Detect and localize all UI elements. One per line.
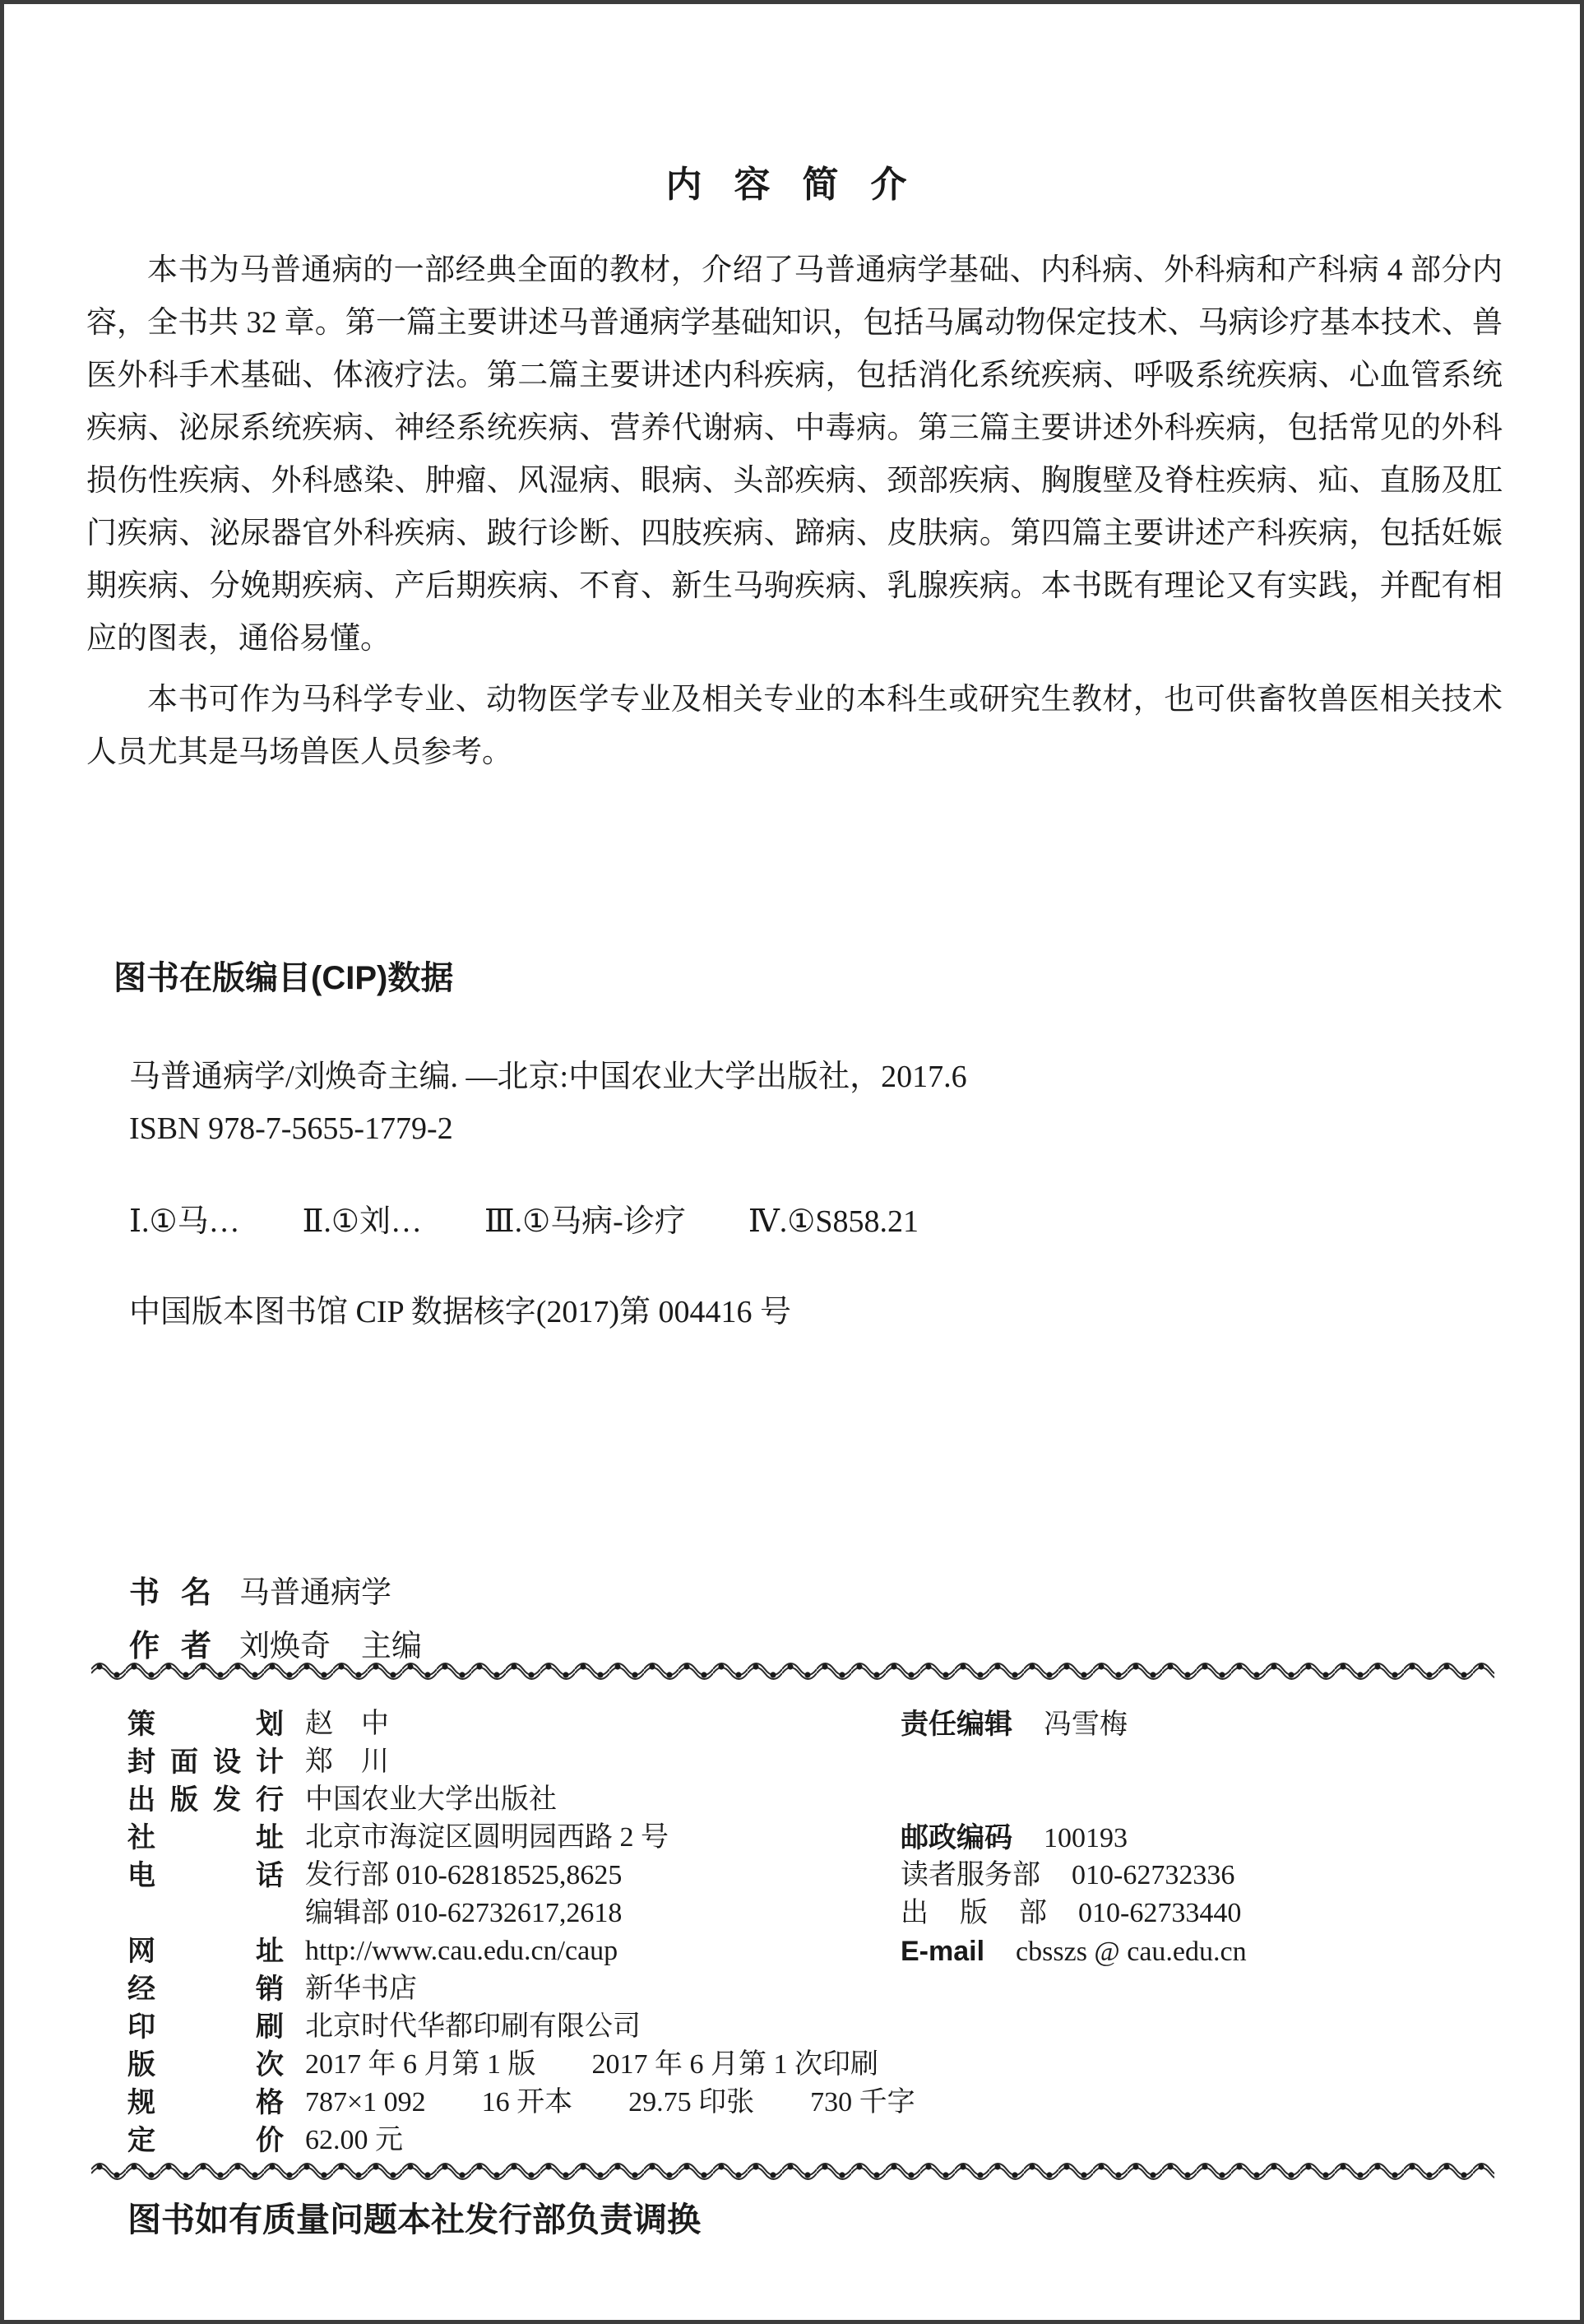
colophon-label: 策划 [127,1705,284,1743]
colophon-row-format: 规格787×1 092 16 开本 29.75 印张 730 千字 [127,2084,1502,2122]
colophon-value: 编辑部 010-62732617,2618 [305,1898,622,1928]
colophon-value: 赵 中 [305,1709,389,1739]
colophon-label: 出版发行 [127,1781,284,1819]
colophon-right-value: 100193 [1044,1823,1128,1853]
cip-classification-line: Ⅰ.①马… Ⅱ.①刘… Ⅲ.①马病-诊疗 Ⅳ.①S858.21 [129,1195,919,1241]
colophon-row-cover-design: 封面设计郑 川 [127,1743,1502,1781]
colophon-row-editorial-dept: 编辑部 010-62732617,2618 出版部010-62733440 [127,1895,1502,1932]
colophon-right-label: 读者服务部 [901,1860,1040,1890]
copyright-page: 内 容 简 介 本书为马普通病的一部经典全面的教材，介绍了马普通病学基础、内科病… [0,0,1584,2324]
colophon-right-value: 010-62732336 [1072,1860,1234,1890]
colophon-value: 62.00 元 [305,2125,403,2155]
colophon-label: 电话 [127,1857,284,1895]
intro-text: 本书为马普通病的一部经典全面的教材，介绍了马普通病学基础、内科病、外科病和产科病… [86,244,1503,779]
colophon-right-value: 冯雪梅 [1044,1709,1128,1740]
colophon-label: 定价 [127,2122,284,2159]
isbn-line: ISBN 978-7-5655-1779-2 [129,1111,453,1147]
colophon-value: 新华书店 [305,1974,417,2004]
quality-notice: 图书如有质量问题本社发行部负责调换 [127,2192,701,2241]
colophon-value: 787×1 092 16 开本 29.75 印张 730 千字 [305,2087,915,2118]
colophon-value: http://www.cau.edu.cn/caup [305,1936,618,1966]
colophon-label: 版次 [127,2046,284,2084]
book-title-value: 马普通病学 [239,1576,391,1610]
colophon-label: 封面设计 [127,1743,284,1781]
intro-paragraph-2: 本书可作为马科学专业、动物医学专业及相关专业的本科生或研究生教材，也可供畜牧兽医… [86,674,1503,779]
book-author-label: 作者 [129,1621,211,1665]
colophon: 策划赵 中 责任编辑冯雪梅 封面设计郑 川 出版发行中国农业大学出版社 社址北京… [127,1705,1502,2159]
colophon-row-price: 定价62.00 元 [127,2122,1502,2159]
colophon-row-phone: 电话发行部 010-62818525,8625 读者服务部010-6273233… [127,1857,1502,1895]
colophon-row-publisher: 出版发行中国农业大学出版社 [127,1781,1502,1819]
colophon-right-label: 出版部 [901,1895,1047,1932]
book-author-value: 刘焕奇 主编 [239,1630,422,1663]
cip-bibliographic-line: 马普通病学/刘焕奇主编. —北京:中国农业大学出版社，2017.6 [129,1051,967,1096]
colophon-right-value: 010-62733440 [1078,1898,1241,1928]
book-title-label: 书名 [129,1567,211,1612]
intro-paragraph-1: 本书为马普通病的一部经典全面的教材，介绍了马普通病学基础、内科病、外科病和产科病… [86,244,1503,666]
colophon-row-plan: 策划赵 中 责任编辑冯雪梅 [127,1705,1502,1743]
colophon-row-website: 网址http://www.cau.edu.cn/caup E-mailcbssz… [127,1932,1502,1970]
colophon-row-printer: 印刷北京时代华都印刷有限公司 [127,2008,1502,2046]
colophon-label: 社址 [127,1819,284,1857]
colophon-value: 郑 川 [305,1746,389,1777]
colophon-right-label: 责任编辑 [901,1709,1012,1740]
colophon-row-address: 社址北京市海淀区圆明园西路 2 号 邮政编码100193 [127,1819,1502,1857]
colophon-value: 2017 年 6 月第 1 版 2017 年 6 月第 1 次印刷 [305,2049,878,2080]
colophon-label: 网址 [127,1932,284,1970]
wavy-divider-icon [91,1659,1494,1681]
colophon-right-value: cbsszs @ cau.edu.cn [1016,1937,1247,1967]
intro-title: 内 容 简 介 [84,155,1500,207]
cip-record-number-line: 中国版本图书馆 CIP 数据核字(2017)第 004416 号 [129,1286,791,1331]
book-title-row: 书名马普通病学 [129,1567,391,1612]
colophon-right-label: 邮政编码 [901,1822,1012,1853]
colophon-label: 经销 [127,1970,284,2008]
cip-heading: 图书在版编目(CIP)数据 [113,952,453,999]
colophon-value: 北京时代华都印刷有限公司 [305,2011,641,2042]
book-author-row: 作者刘焕奇 主编 [129,1621,422,1665]
colophon-label: 规格 [127,2084,284,2122]
colophon-label: 印刷 [127,2008,284,2046]
colophon-row-distributor: 经销新华书店 [127,1970,1502,2008]
colophon-value: 北京市海淀区圆明园西路 2 号 [305,1822,669,1853]
colophon-right-label: E-mail [901,1936,984,1967]
colophon-value: 发行部 010-62818525,8625 [305,1860,622,1890]
wavy-divider-icon [91,2159,1494,2181]
colophon-value: 中国农业大学出版社 [305,1784,557,1815]
colophon-row-edition: 版次2017 年 6 月第 1 版 2017 年 6 月第 1 次印刷 [127,2046,1502,2084]
